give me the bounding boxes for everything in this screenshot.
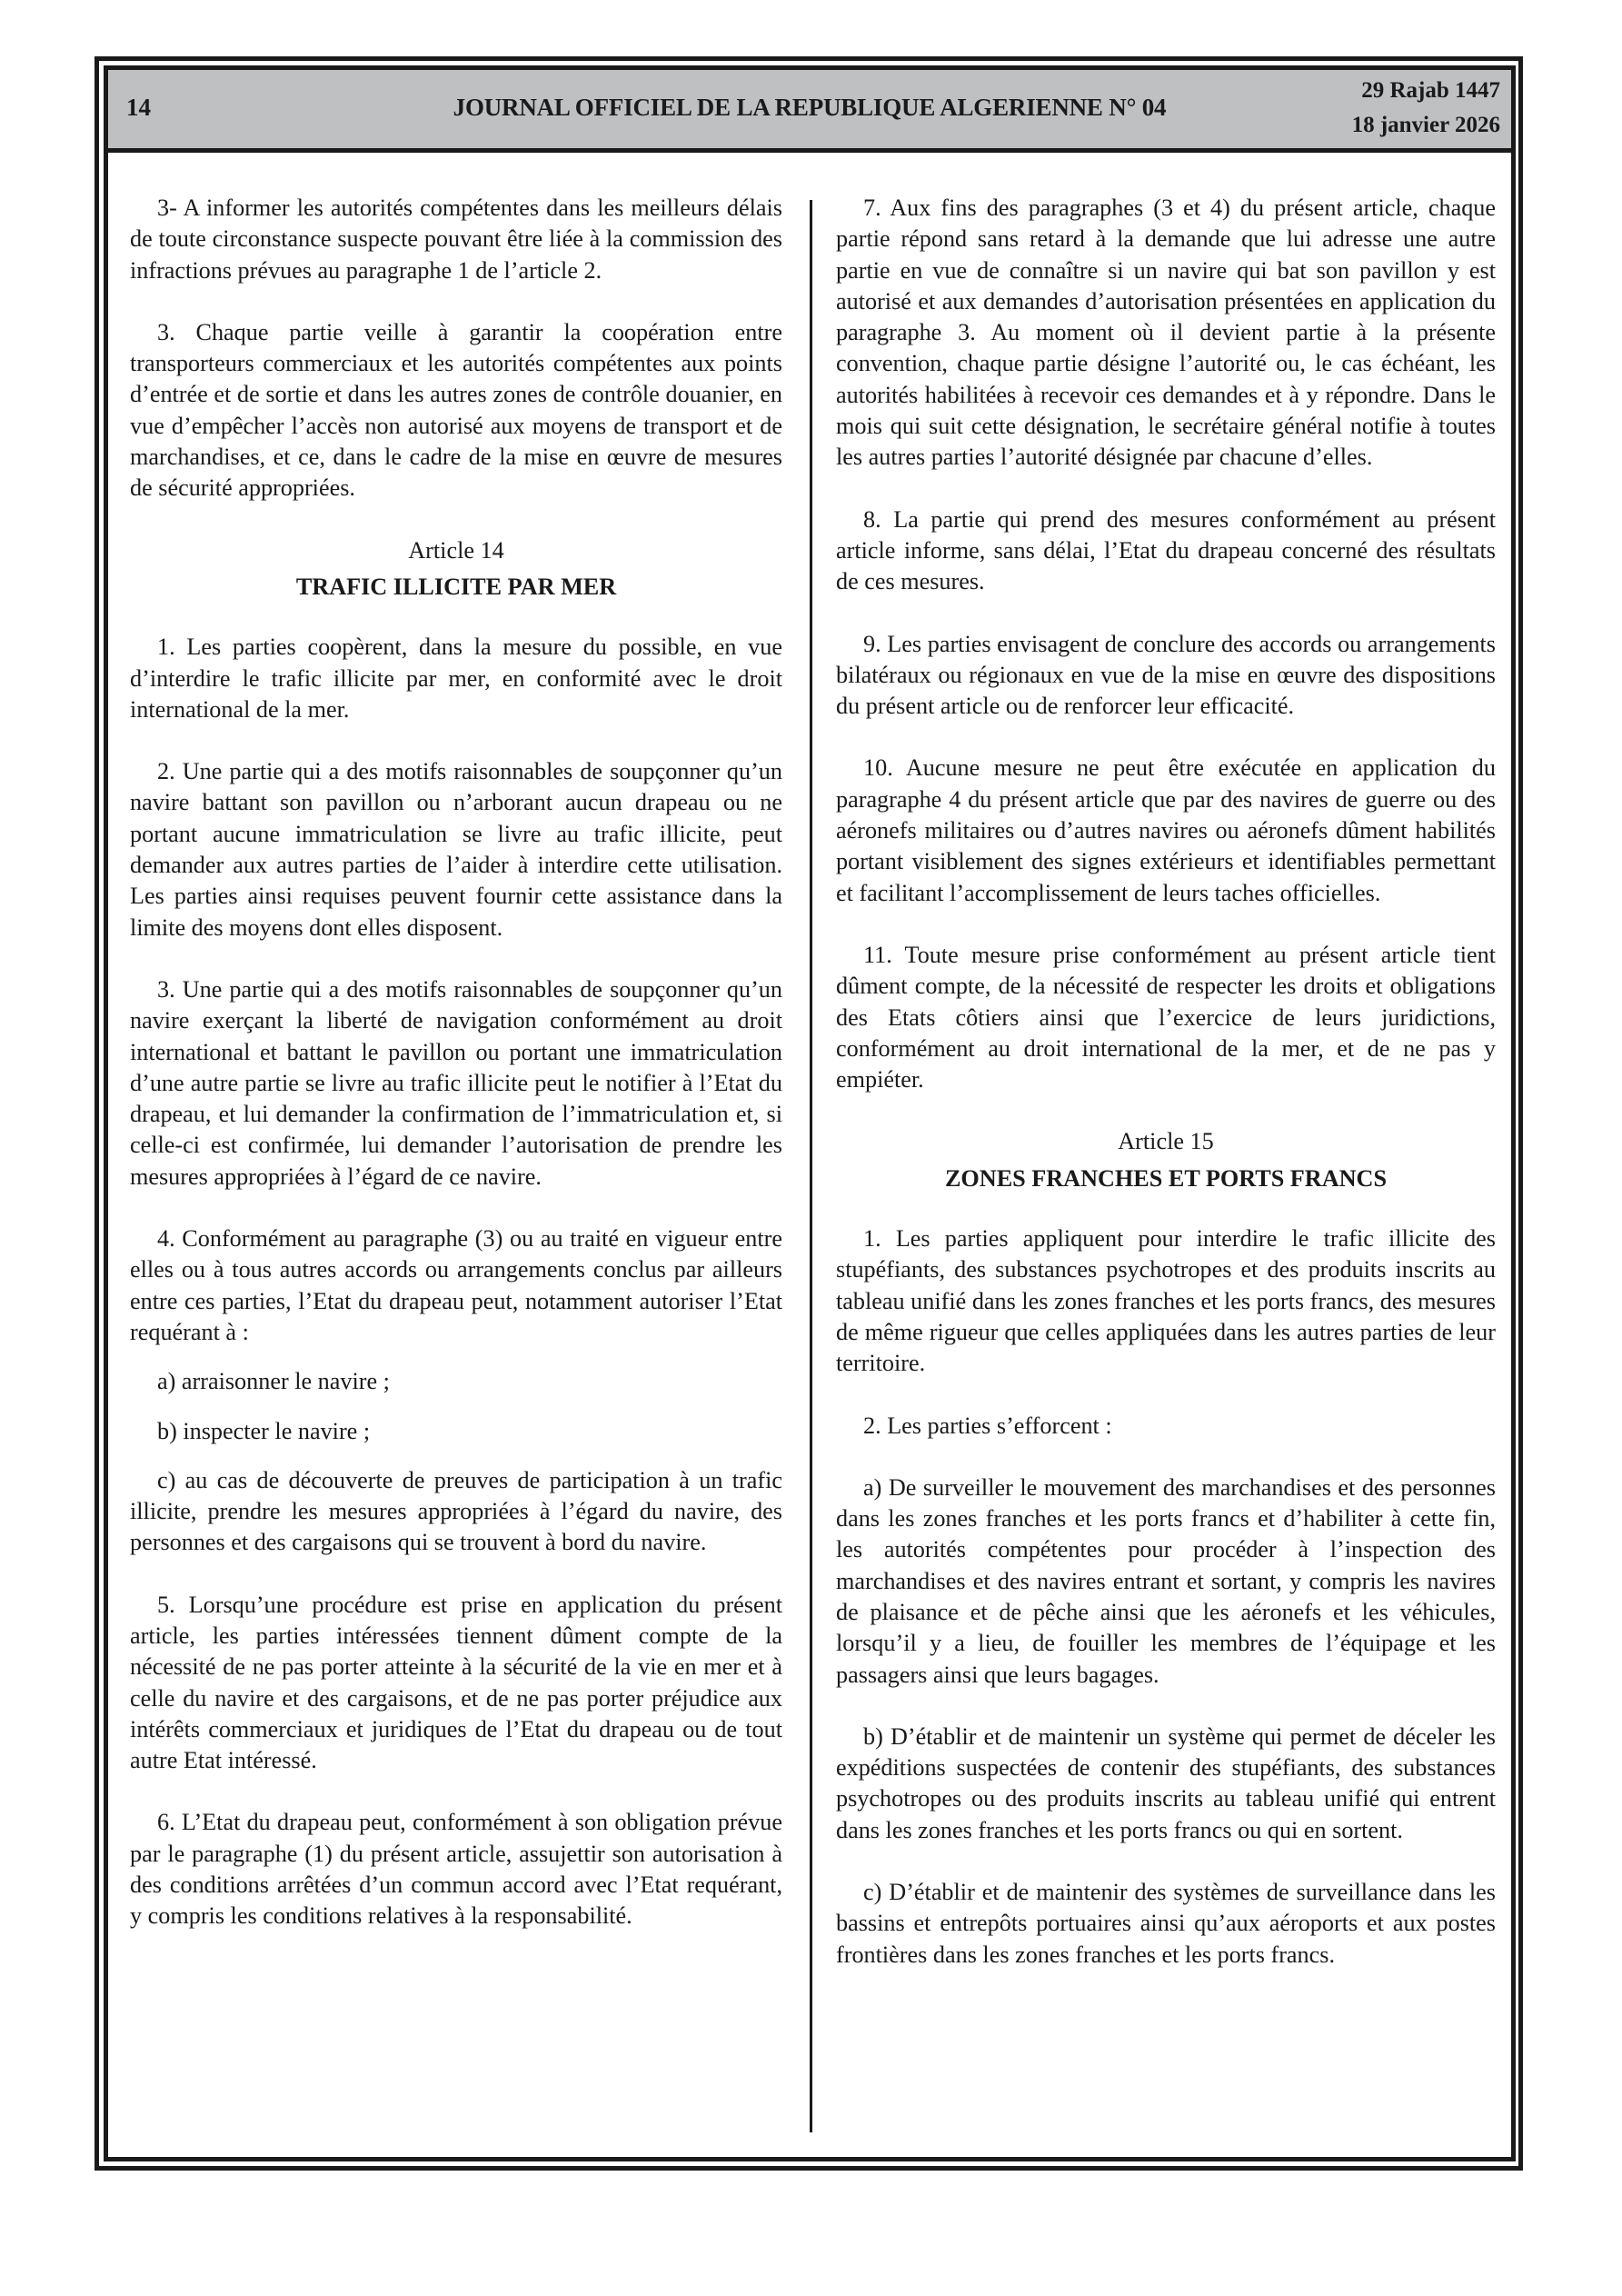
article-number: Article 14 <box>130 535 782 566</box>
paragraph: 6. L’Etat du drapeau peut, conformément … <box>130 1807 782 1932</box>
paragraph: 2. Une partie qui a des motifs raisonnab… <box>130 756 782 943</box>
paragraph: 11. Toute mesure prise conformément au p… <box>836 940 1496 1095</box>
issue-dates: 29 Rajab 1447 18 janvier 2026 <box>1352 74 1500 143</box>
journal-header: 14 JOURNAL OFFICIEL DE LA REPUBLIQUE ALG… <box>108 70 1511 153</box>
article-title: ZONES FRANCHES ET PORTS FRANCS <box>836 1163 1496 1194</box>
paragraph: 8. La partie qui prend des mesures confo… <box>836 504 1496 598</box>
journal-title: JOURNAL OFFICIEL DE LA REPUBLIQUE ALGERI… <box>108 94 1511 122</box>
list-item: a) arraisonner le navire ; <box>130 1366 782 1397</box>
paragraph: 10. Aucune mesure ne peut être exécutée … <box>836 753 1496 908</box>
list-item: b) D’établir et de maintenir un système … <box>836 1722 1496 1846</box>
paragraph: 5. Lorsqu’une procédure est prise en app… <box>130 1590 782 1777</box>
column-divider <box>810 200 812 2132</box>
hijri-date: 29 Rajab 1447 <box>1352 74 1500 108</box>
list-item: a) De surveiller le mouvement des marcha… <box>836 1472 1496 1691</box>
paragraph: 9. Les parties envisagent de conclure de… <box>836 629 1496 723</box>
list-item: b) inspecter le navire ; <box>130 1416 782 1447</box>
list-item: c) au cas de découverte de preuves de pa… <box>130 1465 782 1559</box>
gregorian-date: 18 janvier 2026 <box>1352 108 1500 143</box>
left-column: 3- A informer les autorités compétentes … <box>130 193 782 1963</box>
paragraph: 3- A informer les autorités compétentes … <box>130 193 782 286</box>
paragraph: 4. Conformément au paragraphe (3) ou au … <box>130 1223 782 1348</box>
paragraph: 3. Chaque partie veille à garantir la co… <box>130 317 782 504</box>
paragraph: 3. Une partie qui a des motifs raisonnab… <box>130 974 782 1193</box>
list-item: c) D’établir et de maintenir des système… <box>836 1877 1496 1971</box>
paragraph: 1. Les parties coopèrent, dans la mesure… <box>130 632 782 725</box>
paragraph: 2. Les parties s’efforcent : <box>836 1411 1496 1442</box>
article-title: TRAFIC ILLICITE PAR MER <box>130 572 782 603</box>
article-number: Article 15 <box>836 1126 1496 1157</box>
right-column: 7. Aux fins des paragraphes (3 et 4) du … <box>836 193 1496 2002</box>
paragraph: 1. Les parties appliquent pour interdire… <box>836 1223 1496 1379</box>
paragraph: 7. Aux fins des paragraphes (3 et 4) du … <box>836 193 1496 474</box>
